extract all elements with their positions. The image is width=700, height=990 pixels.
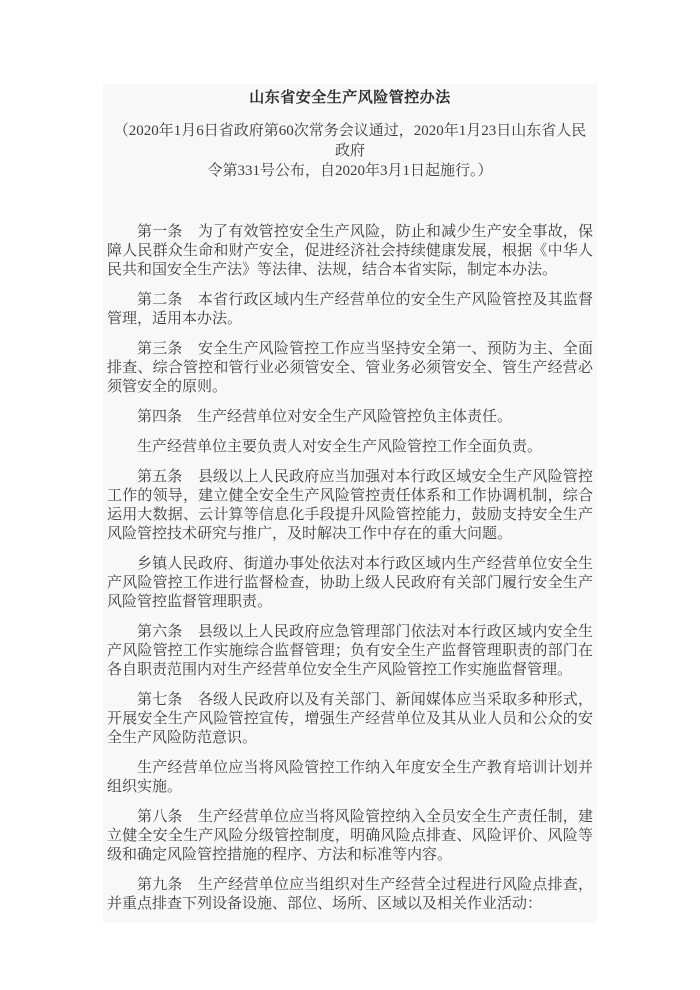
document-title: 山东省安全生产风险管控办法 xyxy=(107,89,593,108)
document-viewer: 山东省安全生产风险管控办法 （2020年1月6日省政府第60次常务会议通过，20… xyxy=(0,0,700,990)
document-body: 第一条 为了有效管控安全生产风险，防止和减少生产安全事故，保障人民群众生命和财产… xyxy=(107,223,593,914)
paragraph: 第九条 生产经营单位应当组织对生产经营全过程进行风险点排查，并重点排查下列设备设… xyxy=(107,876,593,914)
paragraph: 生产经营单位主要负责人对安全生产风险管控工作全面负责。 xyxy=(107,438,593,457)
publication-note: （2020年1月6日省政府第60次常务会议通过，2020年1月23日山东省人民政… xyxy=(107,121,593,181)
paragraph: 乡镇人民政府、街道办事处依法对本行政区域内生产经营单位安全生产风险管控工作进行监… xyxy=(107,555,593,612)
paragraph: 第一条 为了有效管控安全生产风险，防止和减少生产安全事故，保障人民群众生命和财产… xyxy=(107,223,593,280)
paragraph: 第五条 县级以上人民政府应当加强对本行政区域安全生产风险管控工作的领导，建立健全… xyxy=(107,468,593,544)
paragraph: 生产经营单位应当将风险管控工作纳入年度安全生产教育培训计划并组织实施。 xyxy=(107,759,593,797)
paragraph: 第六条 县级以上人民政府应急管理部门依法对本行政区域内安全生产风险管控工作实施综… xyxy=(107,623,593,680)
paragraph: 第八条 生产经营单位应当将风险管控纳入全员安全生产责任制，建立健全安全生产风险分… xyxy=(107,808,593,865)
document-sheet: 山东省安全生产风险管控办法 （2020年1月6日省政府第60次常务会议通过，20… xyxy=(103,84,597,923)
paragraph: 第二条 本省行政区域内生产经营单位的安全生产风险管控及其监督管理，适用本办法。 xyxy=(107,291,593,329)
paragraph: 第三条 安全生产风险管控工作应当坚持安全第一、预防为主、全面排查、综合管控和管行… xyxy=(107,340,593,397)
paragraph: 第七条 各级人民政府以及有关部门、新闻媒体应当采取多种形式，开展安全生产风险管控… xyxy=(107,691,593,748)
paragraph: 第四条 生产经营单位对安全生产风险管控负主体责任。 xyxy=(107,408,593,427)
